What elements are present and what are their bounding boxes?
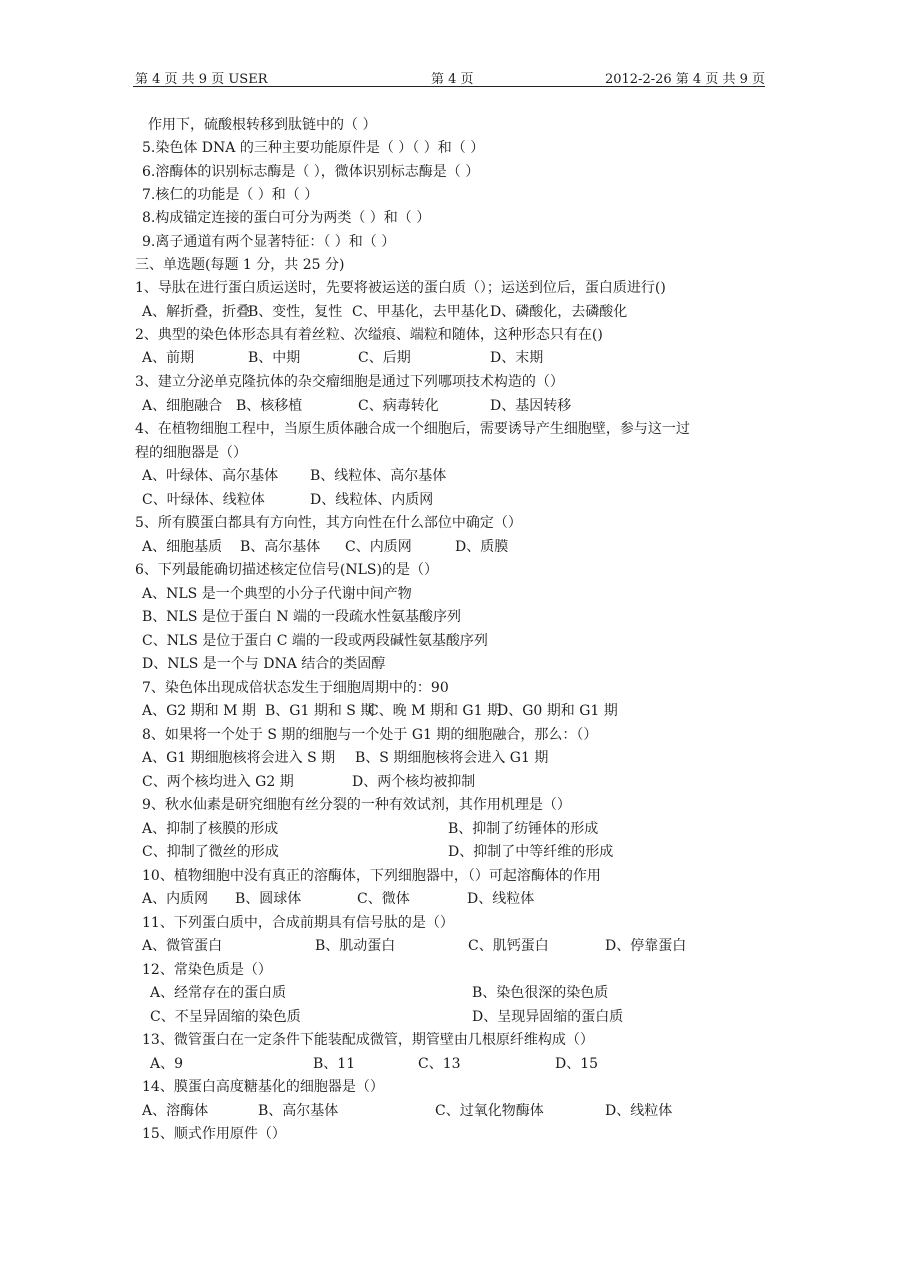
question-stem: 7、染色体出现成倍状态发生于细胞周期中的：90 bbox=[142, 678, 449, 698]
option-b: B、核移植 bbox=[236, 396, 302, 416]
option-a: A、解折叠，折叠 bbox=[142, 302, 250, 322]
fill-blank-line: 5.染色体 DNA 的三种主要功能原件是（ ）（ ）和（ ） bbox=[142, 138, 484, 158]
header-right: 2012-2-26 第 4 页 共 9 页 bbox=[605, 68, 765, 87]
option-c: C、NLS 是位于蛋白 C 端的一段或两段碱性氨基酸序列 bbox=[142, 631, 488, 651]
option-a: A、溶酶体 bbox=[142, 1101, 208, 1121]
question-stem: 1、导肽在进行蛋白质运送时，先要将被运送的蛋白质（）；运送到位后，蛋白质进行() bbox=[135, 278, 666, 298]
option-a: A、经常存在的蛋白质 bbox=[150, 983, 286, 1003]
page-header: 第 4 页 共 9 页 USER 第 4 页 2012-2-26 第 4 页 共… bbox=[133, 66, 765, 87]
question-stem: 15、顺式作用原件（） bbox=[142, 1124, 286, 1144]
fill-blank-line: 7.核仁的功能是（ ）和（ ） bbox=[142, 185, 318, 205]
question-stem: 4、在植物细胞工程中，当原生质体融合成一个细胞后，需要诱导产生细胞壁，参与这一过 bbox=[135, 419, 690, 439]
option-b: B、NLS 是位于蛋白 N 端的一段疏水性氨基酸序列 bbox=[142, 607, 461, 627]
option-c: C、内质网 bbox=[345, 537, 412, 557]
option-b: B、圆球体 bbox=[235, 889, 301, 909]
question-stem: 6、下列最能确切描述核定位信号(NLS)的是（） bbox=[135, 560, 438, 580]
option-a: A、微管蛋白 bbox=[142, 936, 222, 956]
option-d: D、线粒体 bbox=[605, 1101, 672, 1121]
option-b: B、肌动蛋白 bbox=[315, 936, 395, 956]
option-d: D、线粒体 bbox=[467, 889, 534, 909]
option-b: B、抑制了纺锤体的形成 bbox=[448, 819, 598, 839]
question-stem: 2、典型的染色体形态具有着丝粒、次缢痕、端粒和随体，这种形态只有在() bbox=[135, 325, 603, 345]
option-b: B、高尔基体 bbox=[258, 1101, 338, 1121]
fill-blank-line: 6.溶酶体的识别标志酶是（ ），微体识别标志酶是（ ） bbox=[142, 162, 479, 182]
option-a: A、内质网 bbox=[142, 889, 208, 909]
question-stem: 3、建立分泌单克隆抗体的杂交瘤细胞是通过下列哪项技术构造的（） bbox=[135, 372, 564, 392]
question-stem: 8、如果将一个处于 S 期的细胞与一个处于 G1 期的细胞融合，那么：（） bbox=[142, 725, 597, 745]
option-d: D、线粒体、内质网 bbox=[310, 490, 433, 510]
option-a: A、叶绿体、高尔基体 bbox=[142, 466, 278, 486]
option-d: D、NLS 是一个与 DNA 结合的类固醇 bbox=[142, 654, 385, 674]
option-c: C、后期 bbox=[358, 348, 411, 368]
header-left: 第 4 页 共 9 页 USER bbox=[135, 68, 267, 87]
option-a: A、NLS 是一个典型的小分子代谢中间产物 bbox=[142, 584, 412, 604]
question-stem: 10、植物细胞中没有真正的溶酶体，下列细胞器中，（）可起溶酶体的作用 bbox=[142, 866, 601, 886]
option-a: A、抑制了核膜的形成 bbox=[142, 819, 278, 839]
question-stem: 14、膜蛋白高度糖基化的细胞器是（） bbox=[142, 1077, 384, 1097]
option-b: B、11 bbox=[313, 1054, 355, 1074]
option-a: A、G2 期和 M 期 bbox=[142, 701, 256, 721]
option-c: C、两个核均进入 G2 期 bbox=[142, 772, 294, 792]
option-a: A、细胞融合 bbox=[142, 396, 222, 416]
fill-blank-line: 8.构成锚定连接的蛋白可分为两类（ ）和（ ） bbox=[142, 208, 430, 228]
fill-blank-line: 9.离子通道有两个显著特征：（ ）和（ ） bbox=[142, 232, 395, 252]
option-b: B、染色很深的染色质 bbox=[472, 983, 608, 1003]
option-d: D、基因转移 bbox=[490, 396, 571, 416]
option-d: D、磷酸化，去磷酸化 bbox=[490, 302, 627, 322]
option-c: C、晚 M 期和 G1 期 bbox=[368, 701, 501, 721]
option-b: B、线粒体、高尔基体 bbox=[310, 466, 446, 486]
option-d: D、15 bbox=[555, 1054, 598, 1074]
option-d: D、质膜 bbox=[455, 537, 508, 557]
option-d: D、抑制了中等纤维的形成 bbox=[448, 842, 613, 862]
option-d: D、G0 期和 G1 期 bbox=[497, 701, 618, 721]
option-b: B、G1 期和 S 期 bbox=[265, 701, 374, 721]
option-c: C、病毒转化 bbox=[358, 396, 439, 416]
option-b: B、S 期细胞核将会进入 G1 期 bbox=[355, 748, 548, 768]
option-b: B、中期 bbox=[248, 348, 300, 368]
option-b: B、变性，复性 bbox=[248, 302, 342, 322]
option-a: A、G1 期细胞核将会进入 S 期 bbox=[142, 748, 335, 768]
option-a: A、9 bbox=[150, 1054, 183, 1074]
option-c: C、过氧化物酶体 bbox=[435, 1101, 544, 1121]
section-title: 三、单选题(每题 1 分，共 25 分) bbox=[135, 255, 344, 275]
question-stem: 13、微管蛋白在一定条件下能装配成微管，期管壁由几根原纤维构成（） bbox=[142, 1030, 594, 1050]
header-center: 第 4 页 bbox=[431, 68, 474, 87]
option-b: B、高尔基体 bbox=[240, 537, 320, 557]
option-d: D、两个核均被抑制 bbox=[352, 772, 475, 792]
question-stem: 9、秋水仙素是研究细胞有丝分裂的一种有效试剂，其作用机理是（） bbox=[142, 795, 571, 815]
option-c: C、微体 bbox=[357, 889, 410, 909]
option-d: D、呈现异固缩的蛋白质 bbox=[472, 1007, 623, 1027]
question-stem: 5、所有膜蛋白都具有方向性，其方向性在什么部位中确定（） bbox=[135, 513, 522, 533]
option-d: D、停靠蛋白 bbox=[605, 936, 686, 956]
option-c: C、肌钙蛋白 bbox=[468, 936, 549, 956]
option-c: C、13 bbox=[418, 1054, 461, 1074]
option-a: A、细胞基质 bbox=[142, 537, 222, 557]
option-c: C、叶绿体、线粒体 bbox=[142, 490, 265, 510]
option-d: D、末期 bbox=[490, 348, 543, 368]
question-stem-cont: 程的细胞器是（） bbox=[135, 443, 247, 463]
option-a: A、前期 bbox=[142, 348, 194, 368]
option-c: C、甲基化，去甲基化 bbox=[352, 302, 489, 322]
question-stem: 11、下列蛋白质中，合成前期具有信号肽的是（） bbox=[142, 913, 454, 933]
question-stem: 12、常染色质是（） bbox=[142, 960, 272, 980]
option-c: C、不呈异固缩的染色质 bbox=[150, 1007, 301, 1027]
fill-blank-line: 作用下，硫酸根转移到肽链中的（ ） bbox=[148, 115, 376, 135]
option-c: C、抑制了微丝的形成 bbox=[142, 842, 279, 862]
